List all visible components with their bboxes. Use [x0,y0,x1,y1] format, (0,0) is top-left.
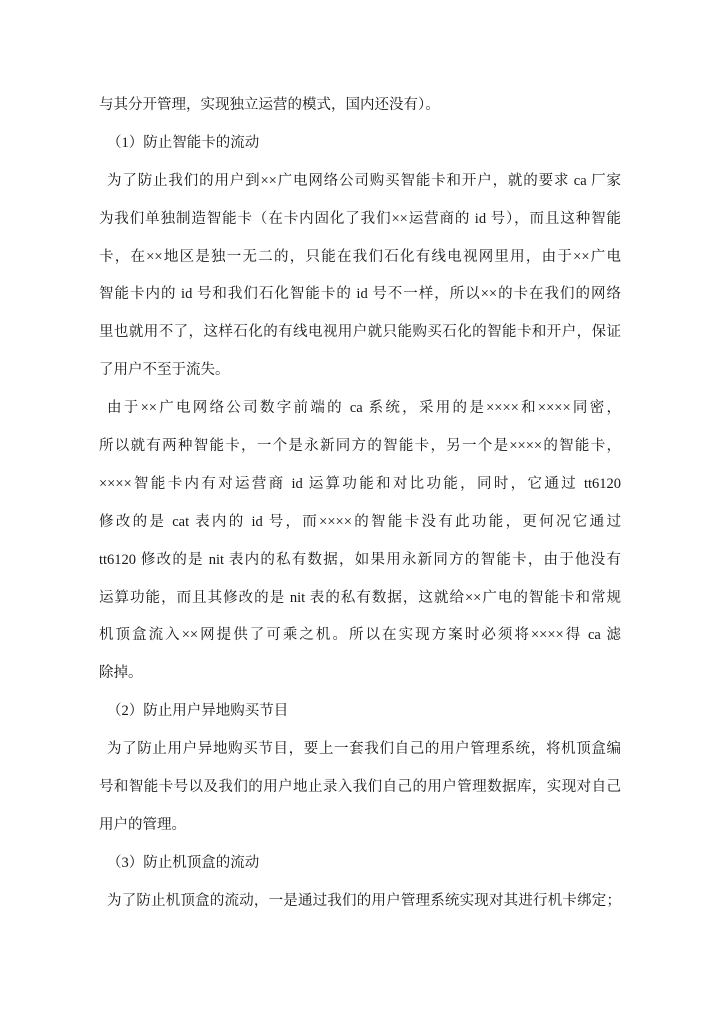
text-line: 号和智能卡号以及我们的用户地止录入我们自己的用户管理数据库，实现对自己 [99,769,621,807]
paragraph: 与其分开管理，实现独立运营的模式，国内还没有）。 [99,87,621,125]
text-line: 所以就有两种智能卡，一个是永新同方的智能卡，另一个是××××的智能卡， [99,428,621,466]
section-heading: （1）防止智能卡的流动 [99,125,621,163]
paragraph: 为了防止机顶盒的流动，一是通过我们的用户管理系统实现对其进行机卡绑定； [99,883,621,921]
text-line: 了用户不至于流失。 [99,352,621,390]
paragraph: 由于××广电网络公司数字前端的 ca 系统，采用的是××××和××××同密，所以… [99,390,621,693]
text-line: 用户的管理。 [99,807,621,845]
heading-line: （1）防止智能卡的流动 [99,125,621,163]
text-line: 机顶盒流入××网提供了可乘之机。所以在实现方案时必须将××××得 ca 滤 [99,617,621,655]
document-page: 与其分开管理，实现独立运营的模式，国内还没有）。（1）防止智能卡的流动为了防止我… [0,0,721,1020]
text-line: 为了防止我们的用户到××广电网络公司购买智能卡和开户，就的要求 ca 厂家 [99,163,621,201]
text-line: 修改的是 cat 表内的 id 号，而××××的智能卡没有此功能，更何况它通过 [99,504,621,542]
text-line: 除掉。 [99,655,621,693]
text-line: 里也就用不了，这样石化的有线电视用户就只能购买石化的智能卡和开户，保证 [99,314,621,352]
document-body: 与其分开管理，实现独立运营的模式，国内还没有）。（1）防止智能卡的流动为了防止我… [99,87,621,921]
text-line: 为了防止用户异地购买节目，要上一套我们自己的用户管理系统，将机顶盒编 [99,731,621,769]
heading-line: （2）防止用户异地购买节目 [99,693,621,731]
text-line: 为了防止机顶盒的流动，一是通过我们的用户管理系统实现对其进行机卡绑定； [99,883,621,921]
text-line: ××××智能卡内有对运营商 id 运算功能和对比功能，同时，它通过 tt6120 [99,466,621,504]
section-heading: （3）防止机顶盒的流动 [99,845,621,883]
text-line: 与其分开管理，实现独立运营的模式，国内还没有）。 [99,87,621,125]
paragraph: 为了防止我们的用户到××广电网络公司购买智能卡和开户，就的要求 ca 厂家为我们… [99,163,621,390]
heading-line: （3）防止机顶盒的流动 [99,845,621,883]
text-line: 智能卡内的 id 号和我们石化智能卡的 id 号不一样，所以××的卡在我们的网络 [99,276,621,314]
text-line: 为我们单独制造智能卡（在卡内固化了我们××运营商的 id 号），而且这种智能 [99,201,621,239]
paragraph: 为了防止用户异地购买节目，要上一套我们自己的用户管理系统，将机顶盒编号和智能卡号… [99,731,621,845]
text-line: tt6120 修改的是 nit 表内的私有数据，如果用永新同方的智能卡，由于他没… [99,542,621,580]
text-line: 由于××广电网络公司数字前端的 ca 系统，采用的是××××和××××同密， [99,390,621,428]
text-line: 运算功能，而且其修改的是 nit 表的私有数据，这就给××广电的智能卡和常规 [99,580,621,618]
section-heading: （2）防止用户异地购买节目 [99,693,621,731]
text-line: 卡，在××地区是独一无二的，只能在我们石化有线电视网里用，由于××广电 [99,239,621,277]
